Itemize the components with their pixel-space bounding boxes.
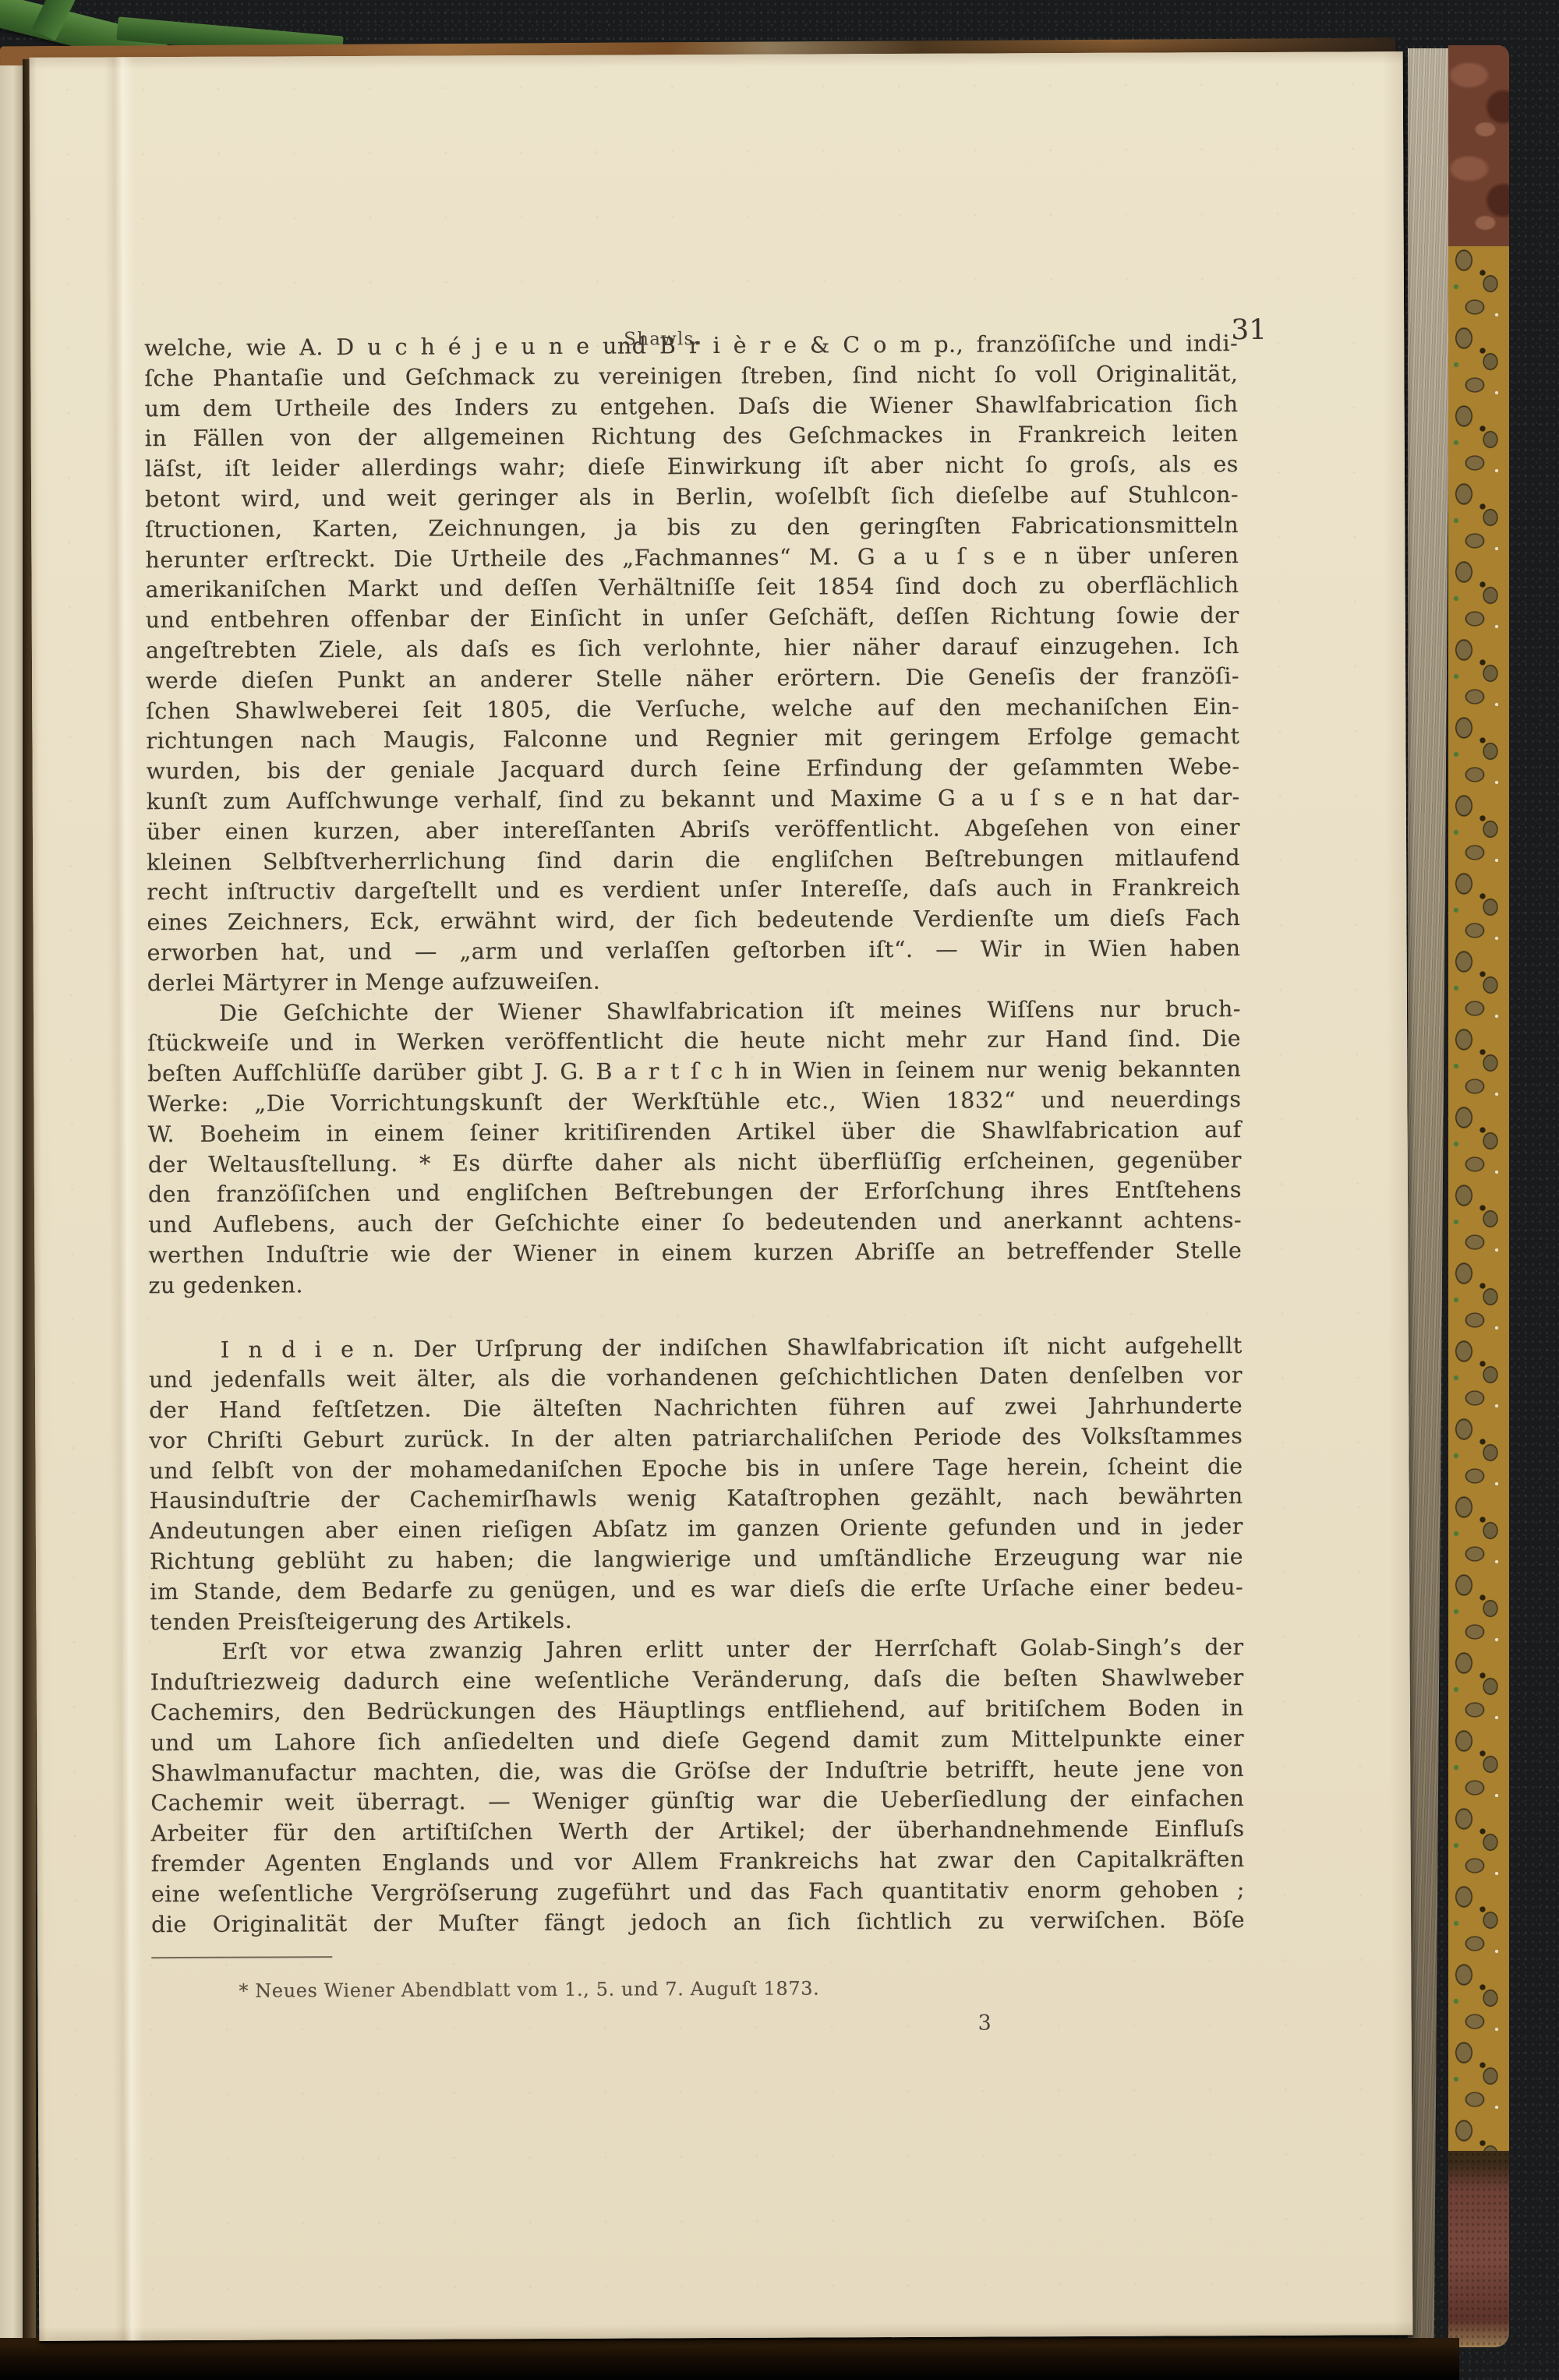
- text-line: ſtructionen, Karten, Zeichnungen, ja bis…: [145, 510, 1239, 546]
- text-line: betont wird, und weit geringer als in Be…: [145, 480, 1239, 515]
- text-line: erworben hat, und — „arm und verlaſſen g…: [147, 934, 1241, 969]
- text-line: ſche Phantaſie und Geſchmack zu vereinig…: [144, 359, 1238, 394]
- text-line: beſten Aufſchlüſſe darüber gibt J. G. B …: [147, 1054, 1241, 1089]
- text-line: über einen kurzen, aber intereſſanten Ab…: [147, 813, 1240, 848]
- underlying-page-sliver: [0, 65, 23, 2372]
- text-line: herunter erſtreckt. Die Urtheile des „Fa…: [145, 541, 1239, 576]
- marbled-cover-edge: [1448, 45, 1509, 2347]
- text-line: richtungen nach Maugis, Falconne und Reg…: [146, 722, 1239, 757]
- book-page: Shawls. 31 welche, wie A. D u c h é j e …: [30, 51, 1413, 2341]
- text-line: Induſtriezweig dadurch eine weſentliche …: [150, 1663, 1244, 1698]
- text-line: und ſelbſt von der mohamedaniſchen Epoch…: [149, 1452, 1243, 1487]
- book-cover-bottom-edge: [0, 2338, 1459, 2380]
- text-line: läſst, iſt leider allerdings wahr; dieſe…: [145, 450, 1239, 485]
- text-line: Erſt vor etwa zwanzig Jahren erlitt unte…: [150, 1633, 1243, 1668]
- text-line: amerikaniſchen Markt und deſſen Verhältn…: [146, 570, 1239, 606]
- signature-mark: 3: [978, 2011, 992, 2035]
- text-line: den franzöſiſchen und engliſchen Beſtreb…: [148, 1175, 1242, 1210]
- text-line: fremder Agenten Englands und vor Allem F…: [151, 1845, 1245, 1880]
- text-line: ſchen Shawlweberei ſeit 1805, die Verſuc…: [146, 692, 1239, 727]
- marbled-cover-red-section: [1448, 45, 1509, 246]
- paragraph: Die Geſchichte der Wiener Shawlfabricati…: [147, 994, 1243, 1301]
- text-line: recht inſtructiv dargeſtellt und es verd…: [147, 873, 1240, 908]
- text-line: die Originalität der Muſter fängt jedoch…: [151, 1905, 1245, 1940]
- paragraph: Erſt vor etwa zwanzig Jahren erlitt unte…: [150, 1633, 1245, 1940]
- scanned-book-photo: Shawls. 31 welche, wie A. D u c h é j e …: [0, 0, 1559, 2380]
- text-line: Arbeiter für den artiſtiſchen Werth der …: [150, 1814, 1244, 1849]
- paragraph: I n d i e n. Der Urſprung der indiſchen …: [149, 1331, 1244, 1638]
- leather-cover-corner: [1448, 2151, 1509, 2347]
- text-line: ſtückweiſe und in Werken veröffentlicht …: [147, 1024, 1241, 1059]
- text-line: Die Geſchichte der Wiener Shawlfabricati…: [147, 994, 1241, 1029]
- text-line: und um Lahore ſich anſiedelten und dieſe…: [150, 1724, 1244, 1759]
- text-line: Shawlmanufactur machten, die, was die Gr…: [150, 1754, 1244, 1789]
- text-line: welche, wie A. D u c h é j e u n e und B…: [144, 329, 1238, 364]
- text-line: Cachemir weit überragt. — Weniger günſti…: [150, 1785, 1244, 1820]
- text-line: angeſtrebten Ziele, als daſs es ſich ver…: [146, 631, 1239, 666]
- text-line: und jedenfalls weit älter, als die vorha…: [149, 1361, 1243, 1396]
- text-line: werthen Induſtrie wie der Wiener in eine…: [148, 1236, 1242, 1271]
- paragraph: welche, wie A. D u c h é j e u n e und B…: [144, 329, 1241, 999]
- text-line: in Fällen von der allgemeinen Richtung d…: [145, 419, 1239, 454]
- text-line: eines Zeichners, Eck, erwähnt wird, der …: [147, 903, 1240, 938]
- text-line: zu gedenken.: [148, 1266, 1242, 1301]
- text-line: Cachemirs, den Bedrückungen des Häuptlin…: [150, 1693, 1244, 1729]
- text-line: wurden, bis der geniale Jacquard durch ſ…: [147, 752, 1240, 787]
- text-line: der Weltausſtellung. * Es dürfte daher a…: [148, 1146, 1242, 1181]
- text-line: um dem Urtheile des Inders zu entgehen. …: [145, 390, 1239, 425]
- text-line: tenden Preisſteigerung des Artikels.: [150, 1603, 1243, 1638]
- footnote-text: * Neues Wiener Abendblatt vom 1., 5. und…: [239, 1977, 819, 2001]
- marbled-cover-pattern-section: [1448, 246, 1509, 2151]
- text-line: und Auflebens, auch der Geſchichte einer…: [148, 1206, 1242, 1241]
- text-line: Richtung geblüht zu haben; die langwieri…: [150, 1542, 1243, 1577]
- text-body: welche, wie A. D u c h é j e u n e und B…: [144, 329, 1245, 1940]
- text-line: Werke: „Die Vorrichtungskunſt der Werkſt…: [147, 1085, 1241, 1120]
- text-line: I n d i e n. Der Urſprung der indiſchen …: [149, 1331, 1243, 1366]
- text-line: vor Chriſti Geburt zurück. In der alten …: [149, 1421, 1243, 1457]
- text-line: kleinen Selbſtverherrlichung ſind darin …: [147, 843, 1240, 878]
- text-line: werde dieſen Punkt an anderer Stelle näh…: [146, 662, 1239, 697]
- text-line: und entbehren offenbar der Einſicht in u…: [146, 601, 1239, 636]
- text-line: Hausinduſtrie der Cachemirſhawls wenig K…: [150, 1482, 1243, 1517]
- text-line: W. Boeheim in einem ſeiner kritiſirenden…: [148, 1115, 1242, 1150]
- footnote-rule: [151, 1956, 332, 1958]
- text-line: der Hand feſtſetzen. Die älteſten Nachri…: [149, 1391, 1243, 1426]
- text-line: eine weſentliche Vergröſserung zugeführt…: [151, 1875, 1245, 1910]
- text-line: Andeutungen aber einen rieſigen Abſatz i…: [150, 1512, 1243, 1547]
- text-line: im Stande, dem Bedarfe zu genügen, und e…: [150, 1573, 1243, 1608]
- text-line: derlei Märtyrer in Menge aufzuweiſen.: [147, 964, 1241, 999]
- text-line: kunſt zum Aufſchwunge verhalf, ſind zu b…: [147, 782, 1240, 817]
